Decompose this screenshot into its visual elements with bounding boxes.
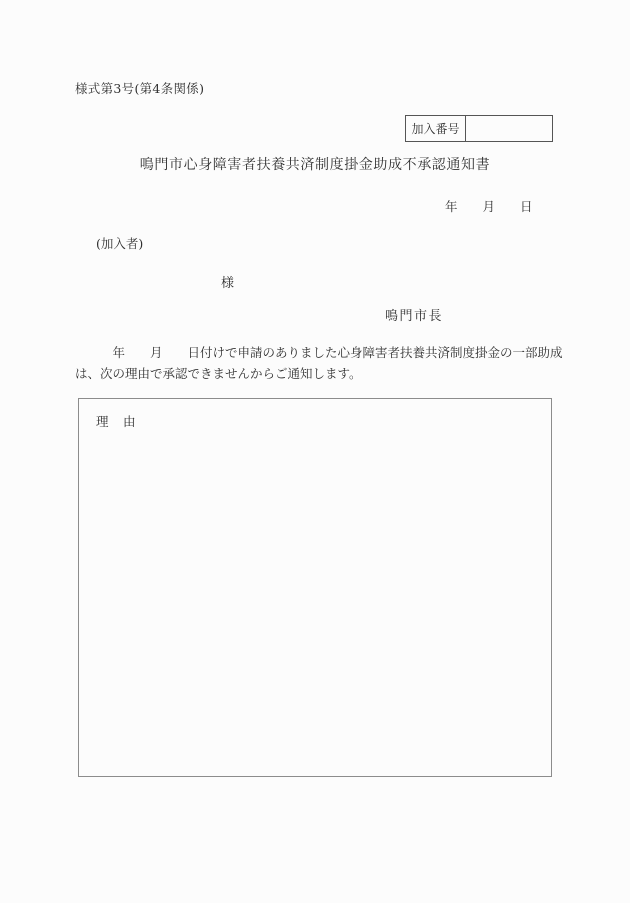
- member-number-value: [466, 116, 552, 141]
- reason-label: 理 由: [96, 412, 137, 430]
- body-line-2: は、次の理由で承認できませんからご通知します。: [75, 363, 557, 384]
- body-paragraph: 年 月 日付けで申請のありました心身障害者扶養共済制度掛金の一部助成 は、次の理…: [75, 342, 557, 384]
- addressee-label: (加入者): [96, 234, 143, 252]
- form-number: 様式第3号(第4条関係): [75, 79, 204, 97]
- body-line-1: 年 月 日付けで申請のありました心身障害者扶養共済制度掛金の一部助成: [75, 342, 557, 363]
- member-number-label: 加入番号: [406, 116, 466, 141]
- document-page: 様式第3号(第4条関係) 加入番号 鳴門市心身障害者扶養共済制度掛金助成不承認通…: [0, 0, 630, 903]
- document-title: 鳴門市心身障害者扶養共済制度掛金助成不承認通知書: [0, 154, 630, 174]
- sender-mayor: 鳴門市長: [385, 305, 443, 324]
- honorific-sama: 様: [221, 272, 234, 291]
- date-line: 年 月 日: [445, 197, 533, 215]
- member-number-box: 加入番号: [405, 115, 553, 142]
- reason-box: 理 由: [78, 398, 552, 777]
